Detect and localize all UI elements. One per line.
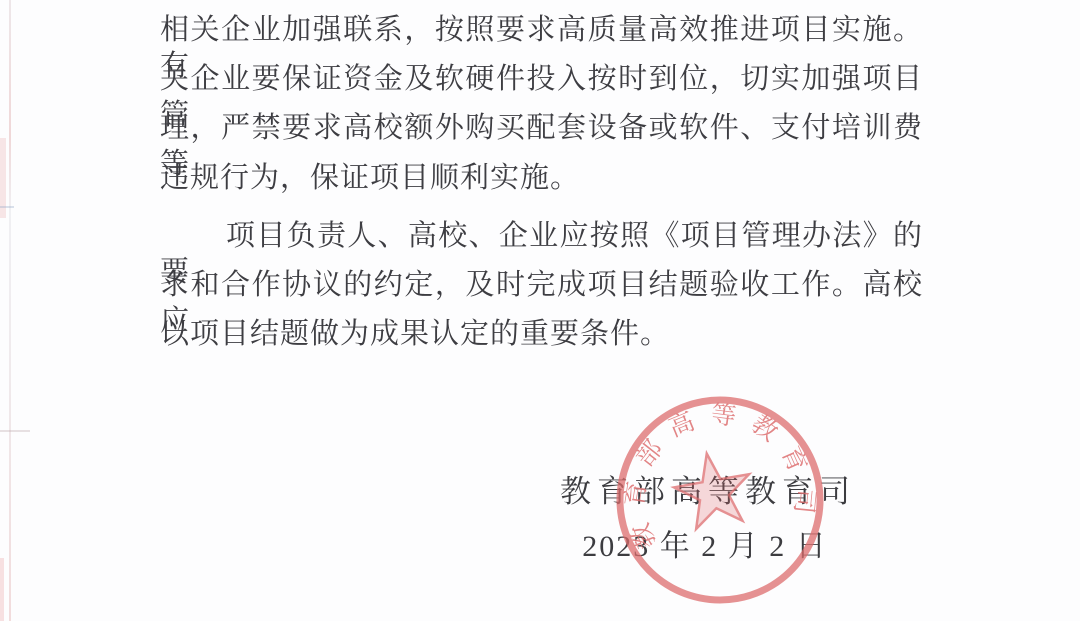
- scan-artifact-patch: [0, 558, 4, 621]
- date-line: 2023 年 2 月 2 日: [560, 521, 850, 565]
- body-line: 以项目结题做为成果认定的重要条件。: [160, 316, 923, 352]
- scan-artifact-vertical-line: [9, 0, 11, 621]
- signature-line: 教育部高等教育司: [560, 466, 850, 511]
- body-line: 违规行为，保证项目顺利实施。: [160, 160, 923, 196]
- scan-artifact-tick: [0, 206, 14, 208]
- scan-artifact-tick: [0, 430, 30, 432]
- scanned-document-page: 相关企业加强联系，按照要求高质量高效推进项目实施。有 关企业要保证资金及软硬件投…: [0, 0, 1080, 621]
